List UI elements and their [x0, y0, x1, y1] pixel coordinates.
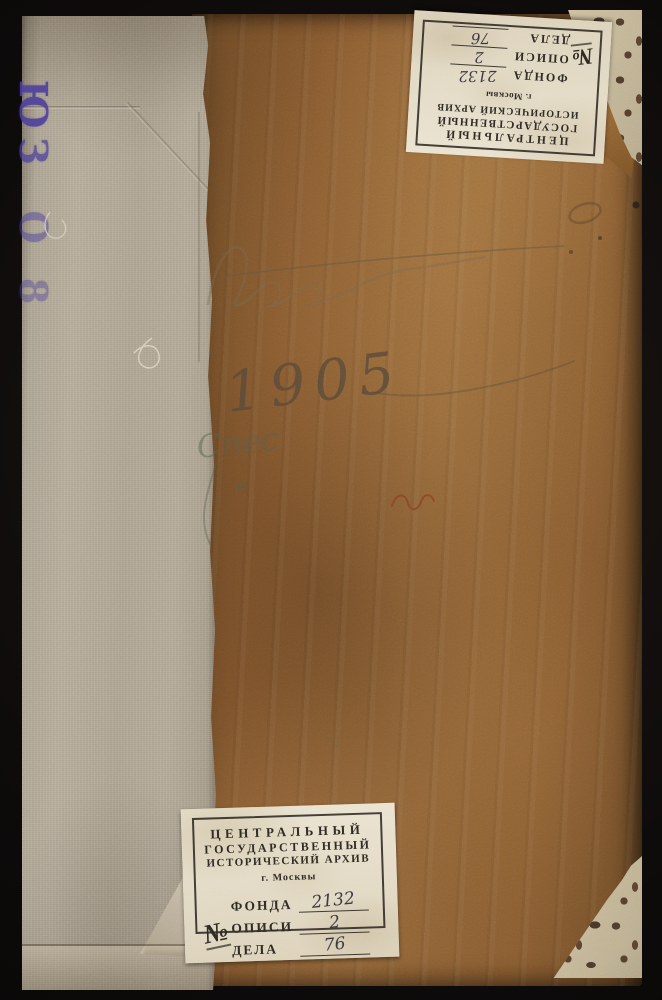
archive-org-city: г. Москвы — [196, 869, 382, 887]
fond-label: ФОНДА — [511, 67, 568, 85]
delo-value-line: 76 — [451, 26, 508, 48]
delo-label: ДЕЛА — [514, 29, 571, 47]
delo-label: ДЕЛА — [232, 940, 294, 958]
fond-value: 2132 — [311, 890, 356, 911]
delo-value: 76 — [323, 935, 346, 954]
opis-value: 2 — [328, 914, 340, 932]
spine-stamp-character: З — [14, 130, 52, 172]
opis-label: ОПИСИ — [512, 48, 569, 66]
delo-value-line: 76 — [300, 935, 371, 956]
archive-label-top: ЦЕНТРАЛЬНЫЙ ГОСУДАРСТВЕННЫЙ ИСТОРИЧЕСКИЙ… — [406, 10, 612, 164]
numero-sign: № — [201, 917, 231, 950]
spine-stamp-character: О — [14, 206, 52, 248]
label-border-box: ЦЕНТРАЛЬНЫЙ ГОСУДАРСТВЕННЫЙ ИСТОРИЧЕСКИЙ… — [415, 20, 602, 157]
label-fields: № ФОНДА 2132 ОПИСИ 2 ДЕЛА 76 — [230, 888, 384, 959]
fond-value-line: 2132 — [449, 63, 506, 85]
label-fields: № ФОНДА 2132 ОПИСИ 2 ДЕЛА 76 — [421, 24, 570, 90]
opis-value-line: 2 — [450, 45, 507, 67]
spine-stamp-character: Ю — [14, 80, 52, 122]
delo-value: 76 — [470, 30, 489, 45]
photo-scene: Ю З О 8 1905 Спес в 73 ЦЕНТРАЛЬНЫЙ ГОСУД… — [0, 0, 662, 1000]
opis-label: ОПИСИ — [231, 918, 293, 936]
label-border-box: ЦЕНТРАЛЬНЫЙ ГОСУДАРСТВЕННЫЙ ИСТОРИЧЕСКИЙ… — [192, 812, 386, 934]
spine-stamp-character: 8 — [14, 270, 52, 312]
opis-value-line: 2 — [299, 913, 370, 934]
fond-value-line: 2132 — [298, 891, 369, 912]
opis-value: 2 — [474, 49, 484, 64]
cloth-seam — [198, 112, 200, 362]
fond-value: 2132 — [458, 68, 496, 83]
numero-sign: № — [571, 42, 595, 69]
archive-label-bottom: ЦЕНТРАЛЬНЫЙ ГОСУДАРСТВЕННЫЙ ИСТОРИЧЕСКИЙ… — [181, 803, 400, 964]
fond-label: ФОНДА — [230, 896, 292, 914]
